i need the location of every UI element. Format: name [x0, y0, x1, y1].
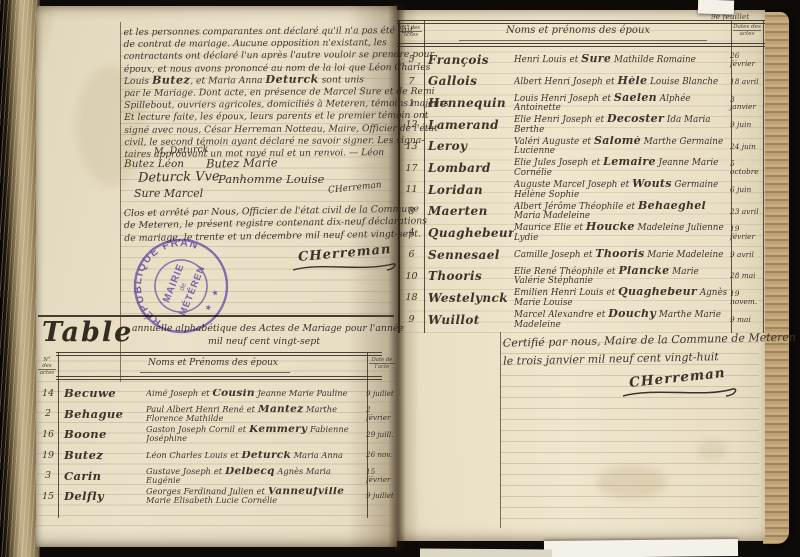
husband-surname: Leroy: [424, 139, 514, 153]
husband-surname: Lamerand: [424, 118, 514, 132]
groom-surname: Butez: [152, 73, 190, 86]
signature-flourish: [291, 260, 401, 274]
spouses-names: Henri LouisetSure Mathilde Romaine: [514, 54, 730, 66]
register-photo: et les personnes comparantes ont déclaré…: [0, 0, 800, 557]
act-number: 13: [399, 141, 424, 152]
husband-surname: Hennequin: [424, 96, 514, 110]
act-number: 11: [399, 184, 424, 195]
table-row: 9 Wuillot Marcel AlexandreetDouchy Marth…: [399, 309, 762, 331]
paper-slip: [544, 539, 738, 557]
husband-surname: Delfly: [60, 489, 146, 503]
act-number: 5: [399, 54, 424, 65]
column-header-names: Noms et prénoms des époux: [427, 25, 729, 36]
act-number: 12: [399, 119, 424, 130]
right-page-content: 9e feuillet N° des actes Noms et prénoms…: [397, 10, 765, 541]
act-date: 28 mai: [730, 272, 762, 280]
act-date: 23 avril: [730, 208, 762, 216]
spouses-names: Elie René ThéophileetPlancke Marie Valér…: [514, 266, 730, 287]
act-number: 2: [36, 408, 60, 419]
table-border: [56, 355, 382, 356]
certification-text: Certifié par nous, Maire de la Commune d…: [503, 329, 760, 369]
alphabetical-table: 5 François Henri LouisetSure Mathilde Ro…: [399, 49, 762, 330]
table-row: 12 Lamerand Elie Henri JosephetDecoster …: [399, 114, 762, 136]
act-date: 26 nov.: [366, 451, 397, 459]
act-number: 15: [36, 491, 60, 502]
act-date: 19 novem.: [730, 290, 762, 305]
paper-slip: [698, 0, 734, 14]
act-number: 16: [36, 429, 60, 440]
table-row: 6 Sennesael Camille JosephetThooris Mari…: [399, 244, 762, 266]
husband-surname: Sennesael: [424, 248, 514, 262]
header-underline: [140, 372, 290, 373]
header-underline: [459, 40, 707, 41]
paper-stain: [597, 465, 667, 499]
act-date: 24 juin: [730, 143, 762, 151]
act-date: 9 avril: [730, 251, 762, 259]
spouses-names: Paul Albert Henri RenéetMantez Marthe Fl…: [146, 405, 366, 423]
table-row: 15 Delfly Georges Ferdinand JulienetVann…: [36, 486, 397, 507]
table-row: 7 Gallois Albert Henri JosephetHèle Loui…: [399, 71, 762, 93]
husband-surname: Butez: [60, 448, 146, 462]
act-date: 9 juillet: [366, 390, 397, 398]
table-title: Table: [42, 317, 133, 348]
spouses-names: Emilien Henri LouisetQuaghebeur Agnès Ma…: [514, 287, 730, 308]
table-row: 16 Boone Gaston Joseph CorniletKemmery F…: [36, 424, 397, 445]
act-number: 18: [399, 292, 424, 303]
table-row: 2 Behague Paul Albert Henri RenéetMantez…: [36, 404, 397, 425]
act-date: 9 mai: [730, 316, 762, 324]
act-date: 29 juill.: [366, 431, 397, 439]
table-column-line: [763, 20, 764, 333]
spouses-names: Valéri AugusteetSalomé Marthe Germaine L…: [514, 136, 730, 157]
column-header-dates: Dates des actes: [731, 24, 763, 37]
act-date: 19 février: [730, 225, 762, 240]
left-page-content: et les personnes comparantes ont déclaré…: [36, 6, 397, 547]
table-border: [397, 43, 765, 44]
column-header-names: Noms et Prénoms des époux: [60, 358, 366, 368]
act-number: 7: [399, 76, 424, 87]
act-number: 14: [36, 388, 60, 399]
table-row: 5 François Henri LouisetSure Mathilde Ro…: [399, 49, 762, 71]
table-row: 19 Butez Léon Charles LouisetDeturck Mar…: [36, 445, 397, 466]
husband-surname: Loridan: [424, 183, 514, 197]
spouses-names: Albert Jérôme ThéophileetBehaeghel Maria…: [514, 201, 730, 222]
signature-flourish: [621, 384, 743, 400]
act-number: 3: [36, 470, 60, 481]
act-date: 26 février: [730, 52, 762, 67]
spouses-names: Aimé JosephetCousin Jeanne Marie Pauline: [146, 389, 366, 398]
act-date: 3 janvier: [730, 96, 762, 111]
spouses-names: Gustave JosephetDelbecq Agnès Maria Eugé…: [146, 467, 366, 485]
column-header-date: Date de l'acte: [367, 357, 397, 370]
act-date: 15 février: [366, 468, 397, 483]
bride-surname: Deturck: [265, 72, 318, 85]
table-border: [56, 352, 382, 353]
act-date: 2 février: [366, 406, 397, 421]
spouses-names: Georges Ferdinand JulienetVanneufville M…: [146, 487, 366, 505]
spouses-names: Gaston Joseph CorniletKemmery Fabienne J…: [146, 425, 366, 443]
act-number: 17: [399, 163, 424, 174]
husband-surname: Behague: [60, 407, 146, 421]
husband-surname: Quaghebeur: [424, 226, 514, 240]
signature-sure-marcel: Sure Marcel: [134, 187, 203, 200]
signature-deturck-vve: Deturck Vve: [138, 169, 220, 185]
act-number: 4: [399, 227, 424, 238]
spouses-names: Elie Jules JosephetLemaire Jeanne Marie …: [514, 157, 730, 178]
husband-surname: Maerten: [424, 204, 514, 218]
husband-surname: Gallois: [424, 74, 514, 88]
margin-rule: [500, 332, 501, 528]
act-number: 10: [399, 271, 424, 282]
husband-surname: Lombard: [424, 161, 514, 175]
act-date: 18 avril: [730, 78, 762, 86]
act-date: 5 octobre: [730, 160, 762, 175]
table-row: 4 Quaghebeur Maurice ElieetHoucke Madele…: [399, 222, 762, 244]
spouses-names: Marcel AlexandreetDouchy Marthe Marie Ma…: [514, 309, 730, 330]
act-date: 9 juillet: [366, 492, 397, 500]
signature-butez-leon: Butez Léon: [124, 158, 184, 170]
paper-slip: [420, 549, 552, 557]
spouses-names: Auguste Marcel JosephetWouts Germaine Hé…: [514, 179, 730, 200]
table-row: 1 Hennequin Louis Henri JosephetSaelen A…: [399, 92, 762, 114]
act-number: 1: [399, 98, 424, 109]
table-border: [56, 379, 382, 380]
husband-surname: Boone: [60, 427, 146, 441]
husband-surname: Becuwe: [60, 386, 146, 400]
spouses-names: Albert Henri JosephetHèle Louise Blanche: [514, 76, 730, 88]
husband-surname: Wuillot: [424, 313, 514, 327]
husband-surname: Thooris: [424, 269, 514, 283]
spouses-names: Camille JosephetThooris Marie Madeleine: [514, 249, 730, 261]
table-row: 14 Becuwe Aimé JosephetCousin Jeanne Mar…: [36, 383, 397, 404]
husband-surname: Westelynck: [424, 291, 514, 305]
right-page-block-edge: [763, 12, 789, 544]
table-row: 10 Thooris Elie René ThéophileetPlancke …: [399, 265, 762, 287]
signature-mayor-small: CHerreman: [328, 180, 382, 196]
table-row: 8 Maerten Albert Jérôme ThéophileetBehae…: [399, 200, 762, 222]
column-header-act-number: N° des actes: [398, 25, 424, 38]
act-number: 8: [399, 206, 424, 217]
column-header-act-number: N° des actes: [36, 357, 58, 377]
husband-surname: François: [424, 53, 514, 67]
alphabetical-table: 14 Becuwe Aimé JosephetCousin Jeanne Mar…: [36, 383, 397, 507]
act-number: 9: [399, 314, 424, 325]
act-number: 6: [399, 249, 424, 260]
spouses-names: Elie Henri JosephetDecoster Ida Maria Be…: [514, 114, 730, 135]
table-row: 13 Leroy Valéri AugusteetSalomé Marthe G…: [399, 136, 762, 158]
table-border: [397, 20, 765, 21]
spouses-names: Léon Charles LouisetDeturck Maria Anna: [146, 451, 366, 460]
table-row: 11 Loridan Auguste Marcel JosephetWouts …: [399, 179, 762, 201]
spouses-names: Louis Henri JosephetSaelen Alphée Antoin…: [514, 93, 730, 114]
signature-panhomme-louise: Panhomme Louise: [218, 172, 324, 186]
table-border: [56, 376, 382, 377]
spouses-names: Maurice ElieetHoucke Madeleine Julienne …: [514, 222, 730, 243]
act-date: 6 juin: [730, 186, 762, 194]
paper-stain: [697, 440, 727, 460]
table-row: 17 Lombard Elie Jules JosephetLemaire Je…: [399, 157, 762, 179]
left-page-stack-edge: [0, 0, 40, 557]
table-row: 3 Carin Gustave JosephetDelbecq Agnès Ma…: [36, 465, 397, 486]
table-row: 18 Westelynck Emilien Henri LouisetQuagh…: [399, 287, 762, 309]
husband-surname: Carin: [60, 469, 146, 483]
act-number: 19: [36, 450, 60, 461]
table-border: [397, 46, 765, 47]
act-date: 9 juin: [730, 121, 762, 129]
marriage-act-text: et les personnes comparantes ont déclaré…: [124, 24, 397, 160]
